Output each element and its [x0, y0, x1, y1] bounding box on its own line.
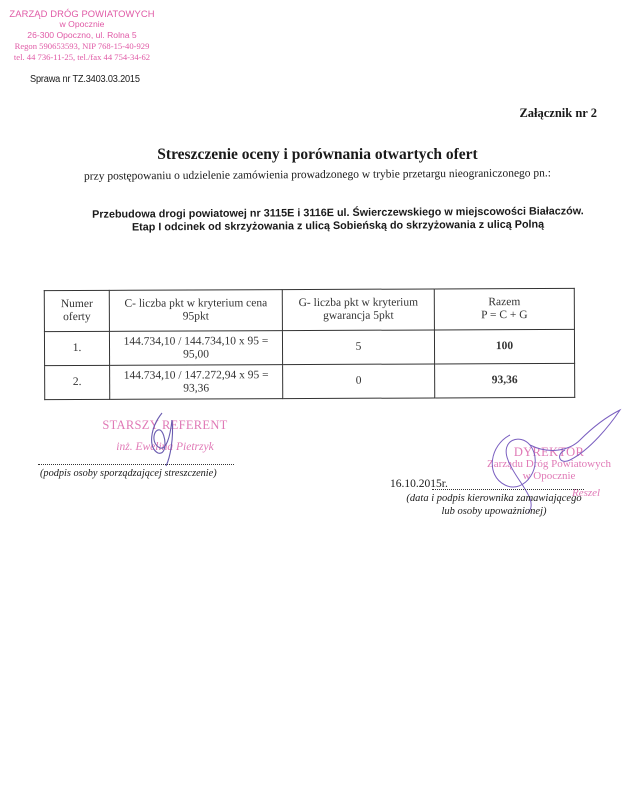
document-title: Streszczenie oceny i porównania otwartyc…: [0, 146, 635, 164]
referent-name: inż. Ewelina Pietrzyk: [100, 441, 230, 453]
total-points: 100: [434, 329, 574, 364]
header-warranty-criterion: G- liczba pkt w kryteriumgwarancja 5pkt: [282, 289, 434, 331]
project-line-2: Etap I odcinek od skrzyżowania z ulicą S…: [78, 218, 598, 235]
offer-number: 1.: [44, 331, 109, 365]
issuer-regon-nip: Regon 590653593, NIP 768-15-40-929: [2, 41, 162, 52]
referent-caption: (podpis osoby sporządzającej streszczeni…: [40, 468, 217, 479]
header-total: RazemP = C + G: [434, 288, 574, 330]
warranty-points: 5: [282, 330, 434, 365]
table-row: 1. 144.734,10 / 144.734,10 x 95 =95,00 5…: [44, 329, 574, 365]
issuer-phone: tel. 44 736-11-25, tel./fax 44 754-34-62: [2, 52, 162, 63]
case-number: Sprawa nr TZ.3403.03.2015: [30, 74, 140, 85]
evaluation-table: Numeroferty C- liczba pkt w kryterium ce…: [44, 288, 575, 400]
issuer-city: w Opocznie: [2, 19, 162, 30]
director-caption: (data i podpis kierownika zamawiającego …: [394, 492, 594, 518]
referent-stamp: STARSZY REFERENT inż. Ewelina Pietrzyk: [100, 418, 230, 453]
director-role: DYREKTOR: [464, 446, 634, 458]
issuer-name: ZARZĄD DRÓG POWIATOWYCH: [2, 8, 162, 19]
table-row: 2. 144.734,10 / 147.272,94 x 95 =93,36 0…: [45, 363, 575, 399]
issuer-address: 26-300 Opoczno, ul. Rolna 5: [2, 30, 162, 41]
header-offer-number: Numeroferty: [44, 290, 109, 331]
director-stamp: DYREKTOR Zarządu Dróg Powiatowych w Opoc…: [464, 446, 634, 482]
signature-line-right: [432, 480, 584, 490]
price-points: 144.734,10 / 147.272,94 x 95 =93,36: [110, 365, 283, 400]
offer-number: 2.: [45, 365, 110, 399]
table-header-row: Numeroferty C- liczba pkt w kryterium ce…: [44, 288, 574, 331]
attachment-label: Załącznik nr 2: [519, 106, 597, 121]
document-subtitle: przy postępowaniu o udzielenie zamówieni…: [0, 167, 635, 183]
price-points: 144.734,10 / 144.734,10 x 95 =95,00: [109, 331, 282, 366]
total-points: 93,36: [435, 363, 575, 398]
project-name: Przebudowa drogi powiatowej nr 3115E i 3…: [78, 205, 598, 235]
signature-line-left: [38, 458, 234, 465]
header-price-criterion: C- liczba pkt w kryterium cena95pkt: [109, 290, 282, 332]
referent-role: STARSZY REFERENT: [100, 418, 230, 433]
director-org-line-1: Zarządu Dróg Powiatowych: [464, 458, 634, 470]
issuer-stamp: ZARZĄD DRÓG POWIATOWYCH w Opocznie 26-30…: [2, 8, 162, 63]
warranty-points: 0: [283, 364, 435, 399]
